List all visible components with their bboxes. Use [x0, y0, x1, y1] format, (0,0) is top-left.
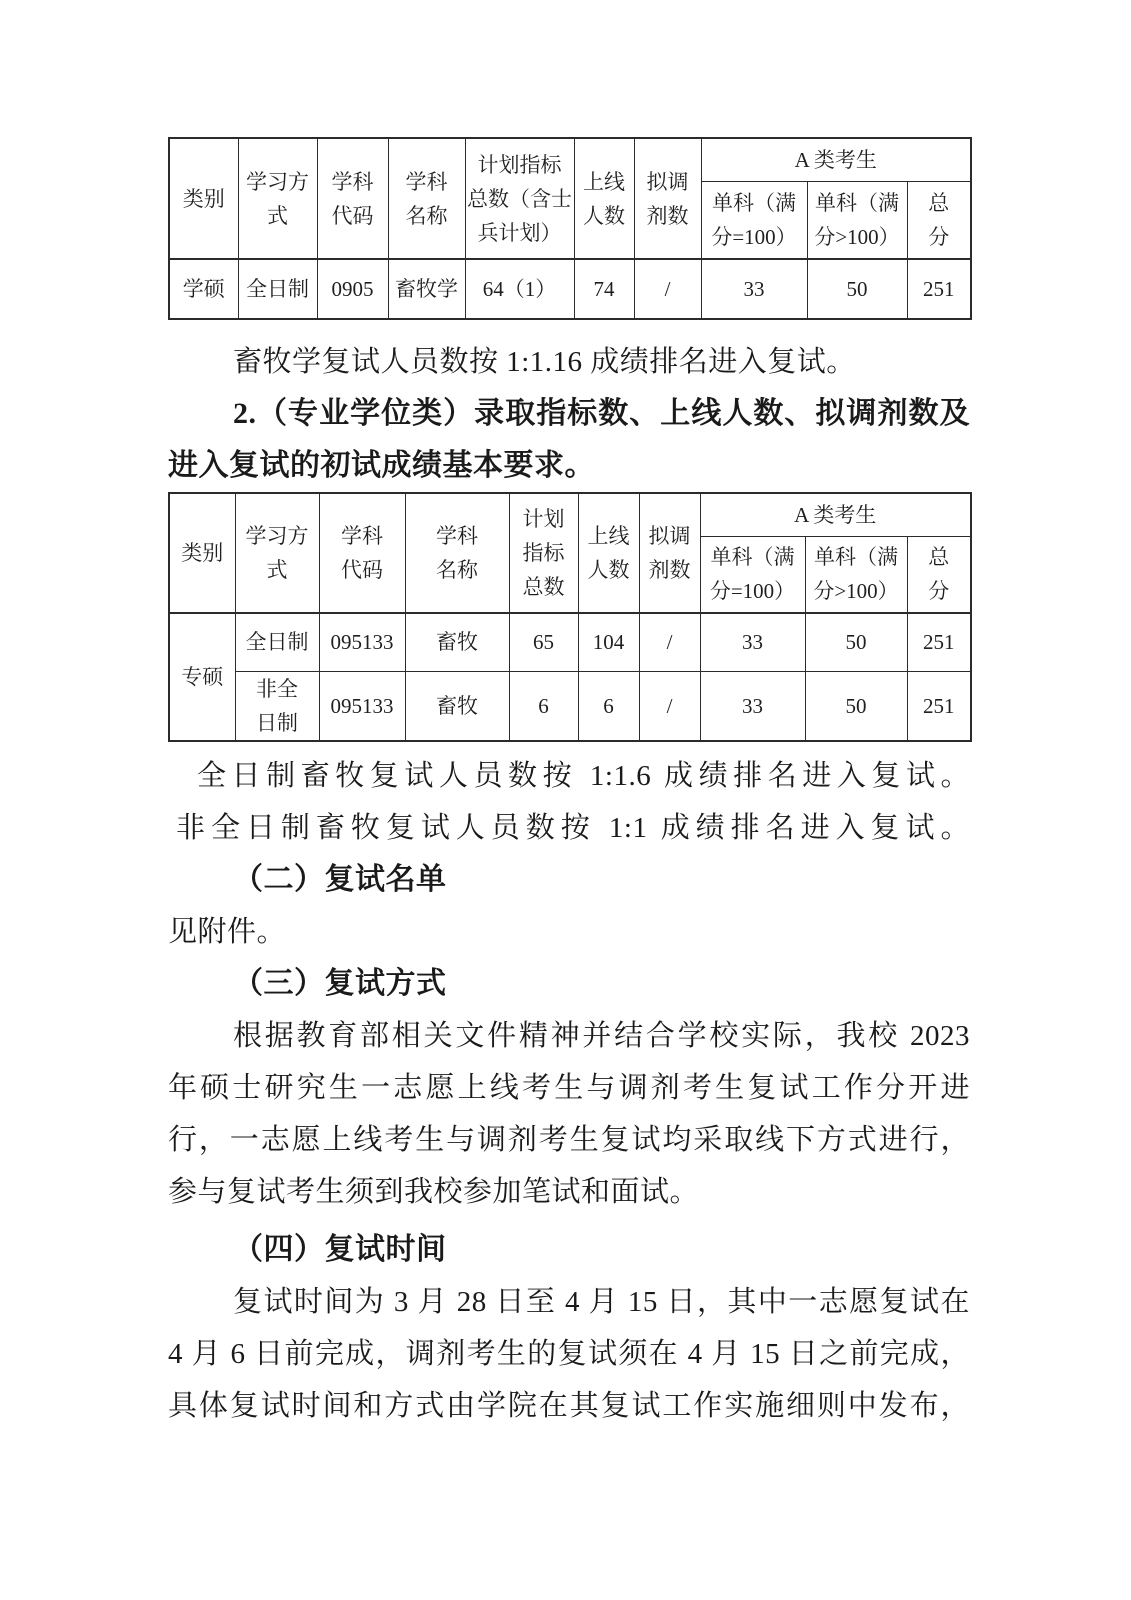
cell-category: 专硕	[169, 613, 235, 741]
header-single-gt100: 单科（满 分>100）	[807, 181, 907, 259]
cell-total-score: 251	[907, 613, 971, 671]
section-time-title: （四）复试时间	[168, 1224, 970, 1276]
header-group-a: A 类考生	[701, 138, 971, 181]
table-row: 非全 日制 095133 畜牧 6 6 / 33 50 251	[169, 671, 971, 741]
section-method-line: 行，一志愿上线考生与调剂考生复试均采取线下方式进行，	[168, 1114, 970, 1166]
header-single-gt100: 单科（满 分>100）	[805, 536, 907, 613]
cell-subject-code: 095133	[319, 613, 405, 671]
header-category: 类别	[169, 138, 238, 259]
professional-master-table: 类别 学习方 式 学科 代码 学科 名称 计划 指标 总数 上线 人数 拟调 剂…	[168, 492, 972, 742]
cell-study-mode: 全日制	[235, 613, 319, 671]
cell-plan-total: 6	[509, 671, 578, 741]
cell-single-eq100: 33	[701, 259, 807, 319]
header-subject-code: 学科 代码	[319, 493, 405, 613]
cell-single-eq100: 33	[700, 613, 805, 671]
cell-study-mode: 非全 日制	[235, 671, 319, 741]
cell-plan-total: 64（1）	[465, 259, 574, 319]
header-above-line: 上线 人数	[574, 138, 634, 259]
header-study-mode: 学习方 式	[238, 138, 317, 259]
cell-plan-total: 65	[509, 613, 578, 671]
cell-single-eq100: 33	[700, 671, 805, 741]
section-professional-heading-line2: 进入复试的初试成绩基本要求。	[168, 440, 970, 492]
header-total-score: 总 分	[907, 181, 971, 259]
section-method-line: 根据教育部相关文件精神并结合学校实际，我校 2023	[168, 1010, 970, 1062]
note-fulltime-ratio: 全日制畜牧复试人员数按 1:1.6 成绩排名进入复试。	[168, 750, 970, 802]
header-plan-total: 计划 指标 总数	[509, 493, 578, 613]
cell-total-score: 251	[907, 671, 971, 741]
header-group-a: A 类考生	[700, 493, 971, 536]
page-content: 类别 学习方 式 学科 代码 学科 名称 计划指标 总数（含士 兵计划） 上线 …	[168, 137, 970, 1432]
section-list-body: 见附件。	[168, 906, 970, 958]
header-total-score: 总 分	[907, 536, 971, 613]
section-time-line: 复试时间为 3 月 28 日至 4 月 15 日，其中一志愿复试在	[168, 1276, 970, 1328]
cell-single-gt100: 50	[805, 613, 907, 671]
note-parttime-ratio: 非全日制畜牧复试人员数按 1:1 成绩排名进入复试。	[168, 802, 970, 854]
header-category: 类别	[169, 493, 235, 613]
header-transfer: 拟调 剂数	[634, 138, 701, 259]
document-page: { "page": { "background": "#ffffff", "te…	[0, 0, 1131, 1600]
header-single-eq100: 单科（满 分=100）	[701, 181, 807, 259]
cell-transfer: /	[634, 259, 701, 319]
cell-transfer: /	[639, 671, 700, 741]
header-subject-name: 学科 名称	[405, 493, 509, 613]
header-above-line: 上线 人数	[578, 493, 639, 613]
academic-master-table: 类别 学习方 式 学科 代码 学科 名称 计划指标 总数（含士 兵计划） 上线 …	[168, 137, 972, 320]
cell-single-gt100: 50	[805, 671, 907, 741]
cell-subject-name: 畜牧	[405, 613, 509, 671]
cell-transfer: /	[639, 613, 700, 671]
cell-above-line: 104	[578, 613, 639, 671]
note-academic-ratio: 畜牧学复试人员数按 1:1.16 成绩排名进入复试。	[168, 336, 970, 388]
header-plan-total: 计划指标 总数（含士 兵计划）	[465, 138, 574, 259]
cell-category: 学硕	[169, 259, 238, 319]
cell-subject-name: 畜牧	[405, 671, 509, 741]
cell-subject-code: 095133	[319, 671, 405, 741]
cell-above-line: 6	[578, 671, 639, 741]
section-professional-heading-line1: 2.（专业学位类）录取指标数、上线人数、拟调剂数及	[168, 388, 970, 440]
section-time-line: 具体复试时间和方式由学院在其复试工作实施细则中发布，	[168, 1380, 970, 1432]
table-row: 学硕 全日制 0905 畜牧学 64（1） 74 / 33 50 251	[169, 259, 971, 319]
header-transfer: 拟调 剂数	[639, 493, 700, 613]
cell-total-score: 251	[907, 259, 971, 319]
cell-single-gt100: 50	[807, 259, 907, 319]
section-method-line: 年硕士研究生一志愿上线考生与调剂考生复试工作分开进	[168, 1062, 970, 1114]
cell-study-mode: 全日制	[238, 259, 317, 319]
cell-above-line: 74	[574, 259, 634, 319]
cell-subject-code: 0905	[317, 259, 388, 319]
table-row: 专硕 全日制 095133 畜牧 65 104 / 33 50 251	[169, 613, 971, 671]
section-time-line: 4 月 6 日前完成，调剂考生的复试须在 4 月 15 日之前完成，	[168, 1328, 970, 1380]
section-list-title: （二）复试名单	[168, 854, 970, 906]
header-single-eq100: 单科（满 分=100）	[700, 536, 805, 613]
section-method-line: 参与复试考生须到我校参加笔试和面试。	[168, 1166, 970, 1218]
header-study-mode: 学习方 式	[235, 493, 319, 613]
cell-subject-name: 畜牧学	[388, 259, 465, 319]
header-subject-name: 学科 名称	[388, 138, 465, 259]
header-subject-code: 学科 代码	[317, 138, 388, 259]
section-method-title: （三）复试方式	[168, 958, 970, 1010]
